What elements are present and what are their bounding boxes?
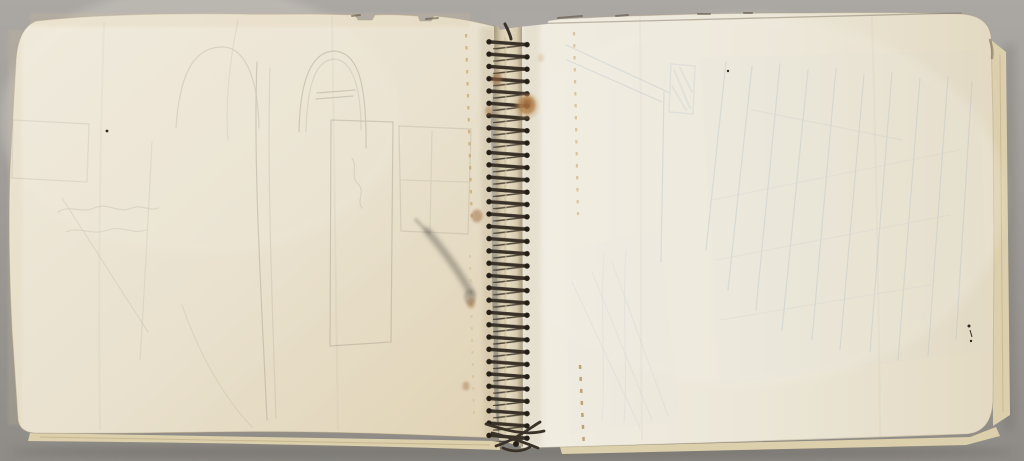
photo-of-sketchbook [0,0,1024,461]
stain-core [523,99,532,109]
sketchbook-photo-canvas [0,0,1024,461]
stain-small [467,298,475,309]
sketch-wash-area [700,50,988,385]
left-top-edge-tint [30,13,470,27]
left-side-edge-tint [8,30,22,425]
speck [106,130,109,133]
nick [616,15,628,16]
tangle-knot [513,441,519,447]
nick [352,15,360,16]
speck [727,70,729,72]
sketch-wash-area [565,230,680,435]
stain-small [538,54,544,62]
speck [968,325,971,328]
speck [970,340,972,342]
stain-small [472,210,483,223]
left-page [0,0,499,440]
stain-small [463,382,470,391]
nick [426,18,438,19]
stain-small [492,73,502,86]
stain-small [485,106,493,116]
